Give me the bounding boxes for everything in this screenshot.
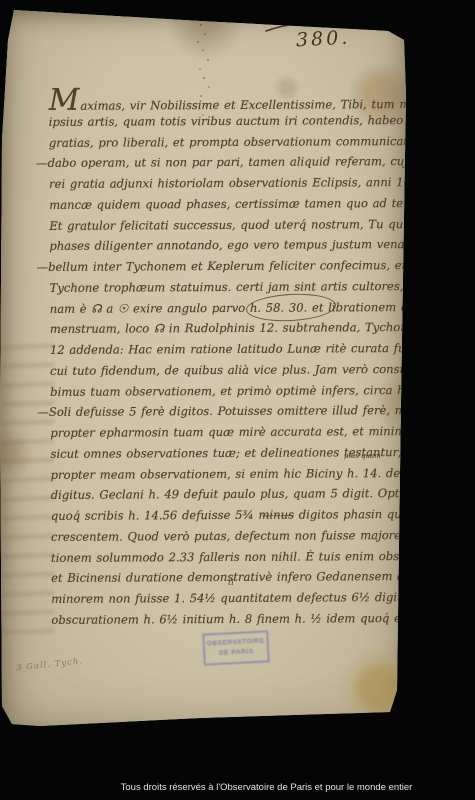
manuscript-line: nam è ☊ a ☉ exire angulo parvo h. 58. 30… [50, 297, 388, 320]
manuscript-line: menstruam, loco ☊ in Rudolphinis 12. sub… [50, 317, 388, 340]
manuscript-line: —dabo operam, ut si non par pari, tamen … [49, 151, 387, 174]
manuscript-line: 12 addenda: Hac enim ratione latitudo Lu… [50, 338, 388, 361]
manuscript-line: Tychone trophæum statuimus. certi jam si… [50, 276, 388, 299]
manuscript-line: ipsius artis, quam totis viribus auctum … [49, 110, 387, 133]
folio-number: 380. [295, 27, 350, 52]
manuscript-line: quoq́ scribis h. 14.56 defuisse 5¾ m̶i̶n… [51, 504, 389, 527]
pencil-annotation: 3 Gall. Tych. [16, 657, 84, 674]
manuscript-page: 380. Maximas, vir Nobilissime et Excelle… [0, 0, 410, 732]
manuscript-line: et Bicinensi duratione demonstrativè inf… [51, 566, 389, 589]
manuscript-line: rei gratia adjunxi historiolam observati… [49, 172, 387, 195]
foxing-speckles [200, 24, 202, 26]
manuscript-line: obscurationem h. 6½ initium h. 8 finem h… [51, 608, 389, 631]
manuscript-line: minorem non fuisse 1. 54½ quantitatem de… [51, 587, 389, 610]
scan-background: 380. Maximas, vir Nobilissime et Excelle… [0, 0, 475, 800]
handwritten-text: Maximas, vir Nobilissime et Excellentiss… [49, 89, 390, 630]
manuscript-line: tionem solummodo 2.33 falleris non nihil… [51, 546, 389, 569]
manuscript-line: propter epharmosin tuam quæ mirè accurat… [50, 421, 388, 444]
manuscript-line: Maximas, vir Nobilissime et Excellentiss… [49, 89, 387, 112]
manuscript-line: propter meam observationem, si enim hic … [51, 463, 389, 486]
manuscript-line: sicut omnes observationes tuæ; et deline… [50, 442, 388, 465]
manuscript-line: cui tuto fidendum, de quibus alià vice p… [50, 359, 388, 382]
manuscript-line: —bellum inter Tychonem et Keplerum felic… [49, 255, 387, 278]
manuscript-line: phases diligenter annotando, ego vero te… [49, 234, 387, 257]
paper-stain [352, 660, 404, 716]
manuscript-line: gratias, pro liberali, et prompta observ… [49, 131, 387, 154]
interline-insertion: plus quam [344, 452, 381, 460]
manuscript-line: bimus tuam observationem, et primò optim… [50, 380, 388, 403]
manuscript-line: mancæ quidem quoad phases, certissimæ ta… [49, 193, 387, 216]
interline-insertion: ti [228, 578, 234, 587]
copyright-caption: Tous droits réservés à l'Observatoire de… [0, 782, 475, 793]
manuscript-line: Et gratulor felicitati successus, quod u… [49, 214, 387, 237]
library-stamp: OBSERVATOIRE DE PARIS [202, 630, 270, 665]
manuscript-line: digitus. Geclani h. 49 defuit paulo plus… [51, 483, 389, 506]
manuscript-line: crescentem. Quod verò putas, defectum no… [51, 525, 389, 548]
ink-bleedthrough [2, 338, 54, 634]
manuscript-line: —Soli defuisse 5 ferè digitos. Potuisses… [50, 400, 388, 423]
